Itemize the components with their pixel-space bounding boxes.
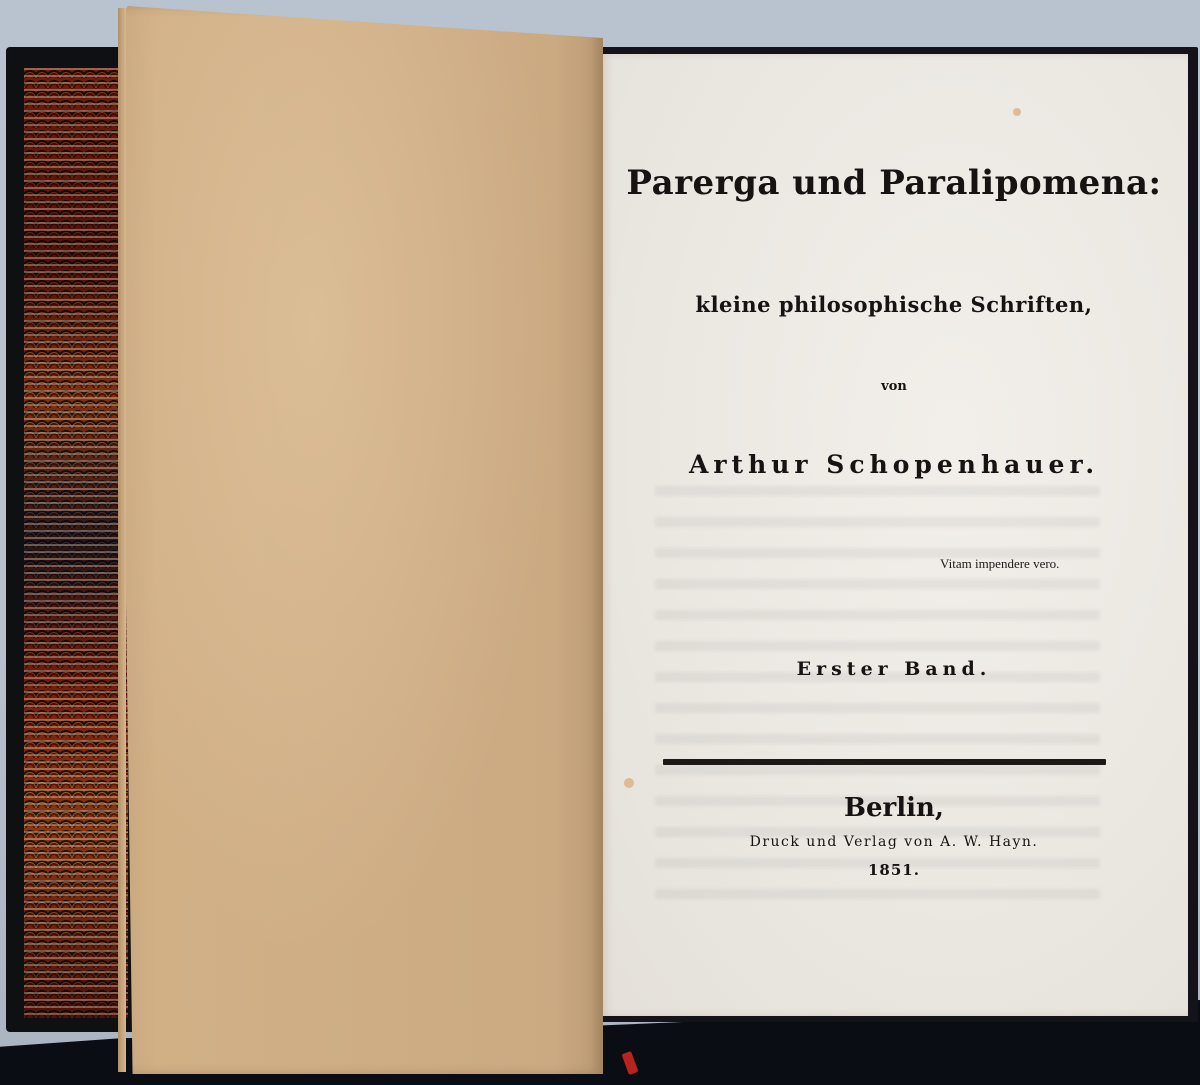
book-photo: Parerga und Paralipomena: kleine philoso… [0,0,1200,1085]
blank-flyleaf [118,6,603,1074]
by-line: von [600,379,1188,394]
foxing-spot [1013,108,1021,116]
motto: Vitam impendere vero. [940,556,1059,572]
marbled-endpaper [24,68,128,1018]
publisher: Druck und Verlag von A. W. Hayn. [600,834,1188,850]
flyleaf-edge [118,8,126,1072]
author-name: Arthur Schopenhauer. [600,450,1188,479]
volume-label: Erster Band. [600,658,1188,680]
book-subtitle: kleine philosophische Schriften, [600,292,1188,317]
foxing-spot [624,778,634,788]
book-title: Parerga und Paralipomena: [600,163,1188,203]
divider-rule [663,759,1106,765]
publication-city: Berlin, [600,793,1188,823]
publication-year: 1851. [600,861,1188,879]
